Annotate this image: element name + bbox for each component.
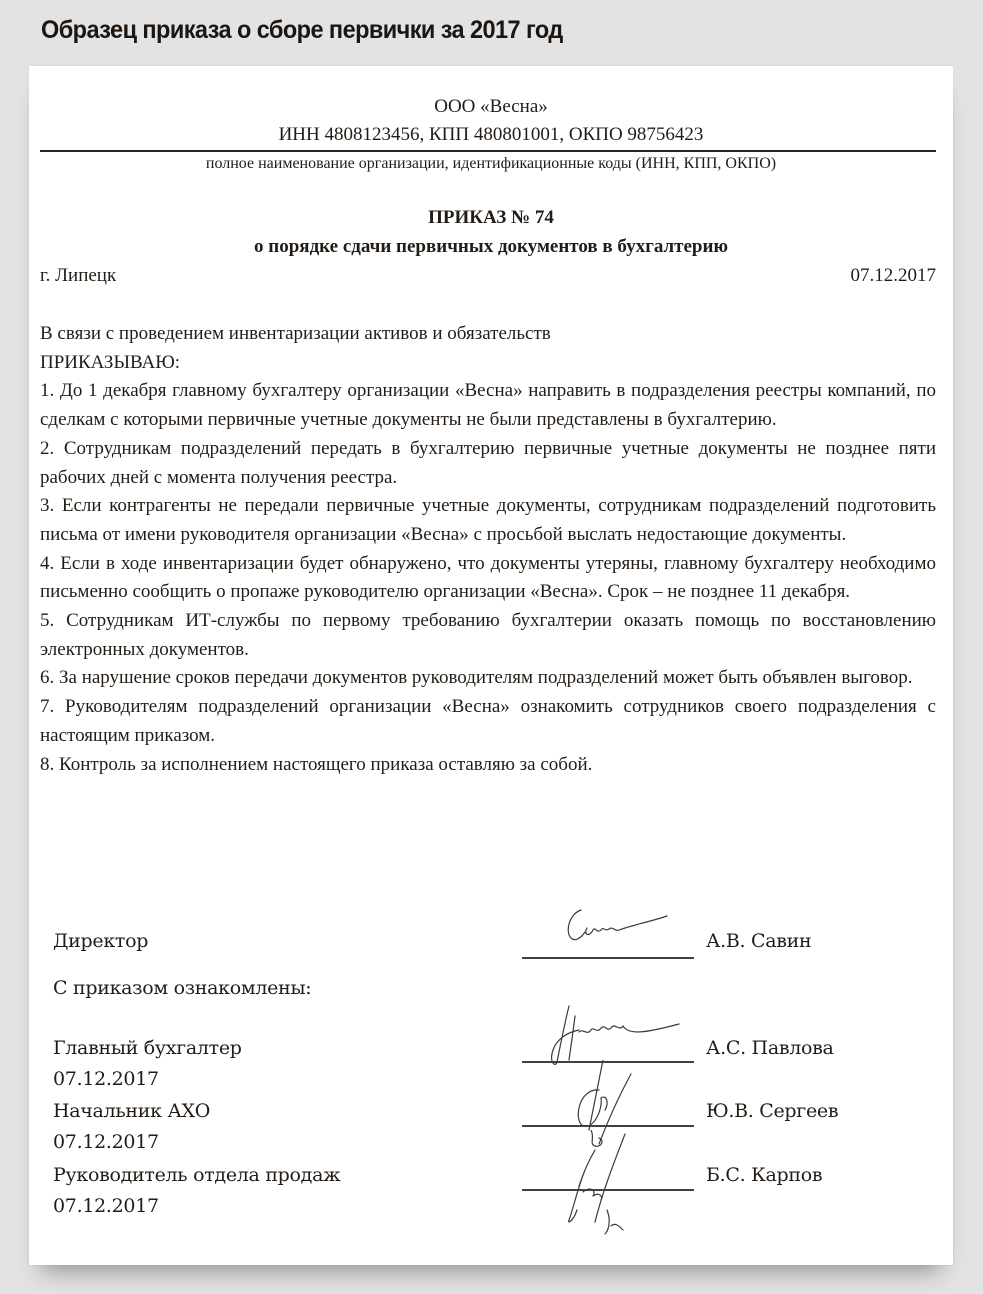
signatory-signature-line <box>522 1125 694 1127</box>
order-item-1: 1. До 1 декабря главному бухгалтеру орга… <box>40 377 936 434</box>
director-signature-line <box>522 957 694 959</box>
signatory-date: 07.12.2017 <box>53 1131 159 1153</box>
order-date: 07.12.2017 <box>851 265 937 287</box>
order-item-7: 7. Руководителям подразделений организац… <box>40 693 936 750</box>
director-position: Директор <box>53 930 148 952</box>
signatory-position: Главный бухгалтер <box>53 1037 242 1059</box>
order-body: В связи с проведением инвентаризации акт… <box>40 320 936 779</box>
organization-name: ООО «Весна» <box>29 96 953 118</box>
director-signature-icon <box>559 902 679 952</box>
order-subtitle: о порядке сдачи первичных документов в б… <box>29 236 953 258</box>
signatory-position: Руководитель отдела продаж <box>53 1164 340 1186</box>
order-intro: В связи с проведением инвентаризации акт… <box>40 320 936 349</box>
signatory-date: 07.12.2017 <box>53 1068 159 1090</box>
acknowledged-label: С приказом ознакомлены: <box>53 977 311 999</box>
signatory-name: А.С. Павлова <box>706 1037 834 1059</box>
order-item-3: 3. Если контрагенты не передали первичны… <box>40 492 936 549</box>
signatory-position: Начальник АХО <box>53 1100 210 1122</box>
page-heading: Образец приказа о сборе первички за 2017… <box>41 16 563 45</box>
signatory-name: Б.С. Карпов <box>706 1164 822 1186</box>
order-item-2: 2. Сотрудникам подразделений передать в … <box>40 435 936 492</box>
header-divider <box>40 150 936 152</box>
order-item-5: 5. Сотрудникам ИТ-службы по первому треб… <box>40 607 936 664</box>
order-city: г. Липецк <box>40 265 116 287</box>
signatory-signature-icon <box>565 1130 665 1240</box>
order-item-4: 4. Если в ходе инвентаризации будет обна… <box>40 550 936 607</box>
order-item-6: 6. За нарушение сроков передачи документ… <box>40 664 936 693</box>
organization-caption: полное наименование организации, идентиф… <box>29 155 953 173</box>
order-word: ПРИКАЗЫВАЮ: <box>40 349 936 378</box>
organization-codes: ИНН 4808123456, КПП 480801001, ОКПО 9875… <box>29 124 953 146</box>
director-name: А.В. Савин <box>706 930 811 952</box>
signatory-name: Ю.В. Сергеев <box>706 1100 838 1122</box>
signatory-signature-line <box>522 1189 694 1191</box>
signatory-date: 07.12.2017 <box>53 1195 159 1217</box>
document-paper: ООО «Весна» ИНН 4808123456, КПП 48080100… <box>29 66 953 1265</box>
order-title: ПРИКАЗ № 74 <box>29 207 953 229</box>
order-item-8: 8. Контроль за исполнением настоящего пр… <box>40 751 936 780</box>
